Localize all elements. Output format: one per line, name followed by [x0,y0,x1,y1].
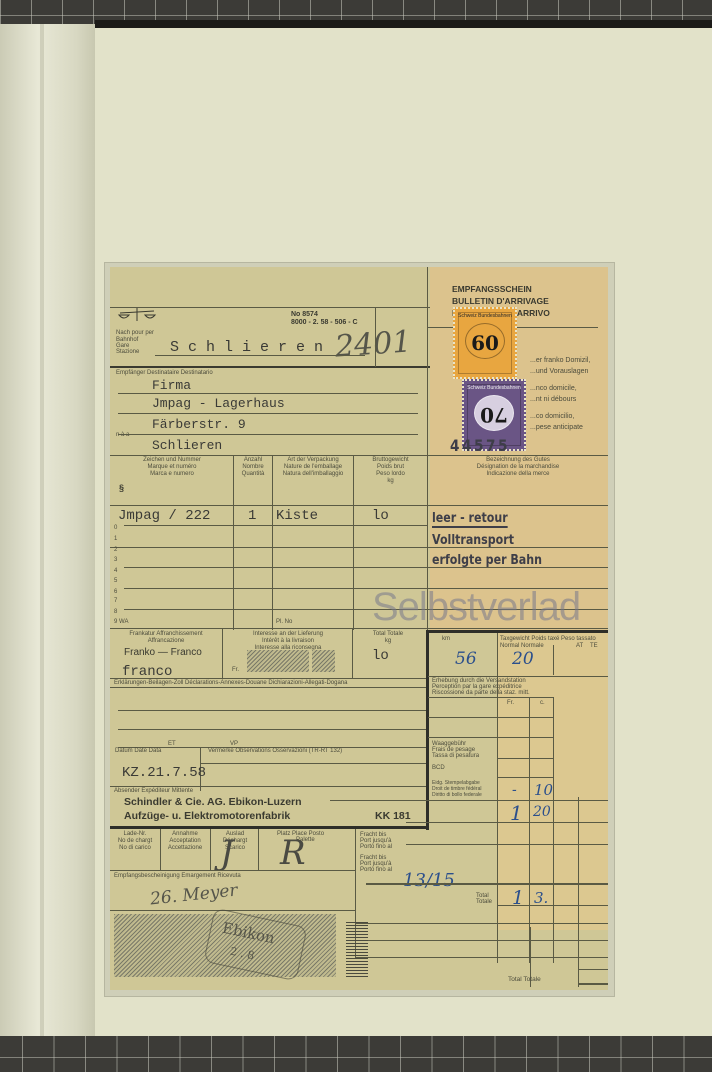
row-number: 1 [114,536,117,543]
album-sleeve-edge [0,0,95,1036]
fr-label: Fr. [507,700,514,707]
rule [355,923,608,924]
album-page-shadow [95,20,712,28]
rule [497,905,608,906]
rule [110,687,426,688]
recipient-line: Färberstr. 9 [152,417,246,432]
rule [118,434,418,435]
item-quantity: 1 [248,508,256,524]
column-header-packing: Art der VerpackungNature de l'emballageN… [272,457,354,478]
recipient-line: Firma [152,378,191,393]
stamp-duty-c: 10 [534,781,553,799]
interest-label: Interesse an der LieferungIntérêt à la l… [223,631,353,652]
selbstverlad-stamp: Selbstverlad [372,585,580,630]
rule [118,393,418,394]
collection-label: Riscossione da parte della staz. mitt. [432,690,530,697]
rule [428,737,553,738]
delivery-option: ...pese anticipate [530,423,583,432]
waybill-number: 44575 [450,436,510,455]
dispatch-date: KZ.21.7.58 [122,765,206,781]
row-number: 2 [114,547,117,554]
km-label: km [442,636,450,643]
load-no-label: Lade-Nr.No de chargtNo di carico [112,831,158,852]
date-label: Datum Date Data [115,748,161,755]
delivery-option: ...und Vorauslagen [530,367,588,376]
handwritten-reference: 13/15 [403,870,455,891]
section-mark: § [119,484,124,492]
rule [110,786,426,787]
rule [258,829,259,871]
tax-weight-te-label: TE [590,643,598,650]
item-marks: Jmpag / 222 [118,508,210,524]
sender-label: Absender Expéditeur Mittente [114,788,193,795]
rubber-stamp-line: erfolgte per Bahn [432,553,542,568]
destination-label: Nach pour per [116,330,154,337]
grand-total-label: Total Totale [508,976,541,983]
rule [428,717,553,718]
scale-icon [117,307,157,323]
rule [110,307,430,308]
item-weight: lo [372,508,389,524]
bcd-label: BCD [432,765,445,772]
weighing-label: Tassa di pesatura [432,753,479,760]
hatched-field [312,650,335,672]
rule [233,455,234,630]
row-number: 0 [114,525,117,532]
column-header-quantity: AnzahlNombreQuantità [234,457,272,478]
freight-c: 20 [533,804,551,820]
rule [200,763,426,764]
rule [427,267,428,630]
tax-weight-label: Taxgewicht Poids taxé Peso tassato [500,636,596,643]
rule [578,969,608,970]
stamp-duty-fr: - [512,782,517,798]
hatched-field [247,650,309,672]
album-grid-bottom [0,1036,712,1072]
form-code: 8000 - 2. 58 - 506 - C [291,319,358,326]
unloading-mark: J [220,833,234,873]
row-number: 9 WA [114,619,128,626]
rule [355,957,608,958]
stamp-duty-label: Diritto di bollo federale [432,792,482,799]
stamp-value: 60 [455,331,515,355]
column-header-weight: BruttogewichtPoids brutPeso lordokg [354,457,427,485]
sender-business: Aufzüge- u. Elektromotorenfabrik [124,810,290,822]
total-weight-value: lo [372,648,389,664]
pencil-note: 2401 [334,324,413,364]
rule [118,729,426,730]
rule [330,800,608,801]
rule [110,505,608,506]
rule [553,645,554,675]
rule [428,676,608,677]
receipt-label: Empfangsbescheinigung Emargement Ricevut… [114,873,241,880]
destination-station: S c h l i e r e n [170,339,323,356]
rule [375,307,376,367]
row-number: 3 [114,557,117,564]
rule [272,455,273,630]
tax-weight-value: 20 [512,649,534,669]
rule [428,697,553,698]
form-number: No 8574 [291,311,318,318]
barcode-marks [346,921,368,977]
rule [118,413,418,414]
currency-label: Fr. [232,667,239,674]
c-label: c. [540,700,545,707]
place-mark: R [280,833,306,873]
column-header-description: Bezeichnung des GutesDésignation de la m… [428,457,608,478]
rule [124,567,608,568]
railway-arrival-document: No 8574 8000 - 2. 58 - 506 - C Nach pour… [110,267,608,990]
delivery-option: ...co domicilio, [530,412,574,421]
sender-code: KK 181 [375,810,411,822]
row-number: 5 [114,578,117,585]
recipient-line: Jmpag - Lagerhaus [152,396,285,411]
rule [578,797,579,987]
freight-to-label: Porto fino al [360,844,392,851]
recipient-label: Empfänger Destinataire Destinatario [116,370,213,377]
rule [155,355,365,356]
franking-label: Frankatur AffranchissementAffrancazione [110,631,222,645]
rule [110,455,608,456]
franking-printed: Franko — Franco [124,647,202,658]
rule [124,525,428,526]
rule [497,758,553,759]
delivery-option: ...nt ni débours [530,395,576,404]
destination-label: Stazione [116,349,139,356]
item-packing: Kiste [276,508,318,524]
recipient-line: Schlieren [152,438,222,453]
sender-name: Schindler & Cie. AG. Ebikon-Luzern [124,796,302,808]
remarks-label: Vermerke Observations Osservazioni (TR-R… [208,748,342,755]
rule [366,883,608,885]
unloading-label: AusladDéchargtScarico [211,831,259,852]
row-number: 7 [114,598,117,605]
row-number: 6 [114,589,117,596]
delivery-option: ...er franko Domizil, [530,356,590,365]
rule [110,366,430,368]
row-number: 4 [114,568,117,575]
rule [110,826,429,829]
rule [353,455,354,630]
rule [428,630,608,633]
pl-no-label: Pl. No [276,619,292,626]
stamp-value: 70 [464,403,524,427]
tax-weight-at-label: AT [576,643,583,650]
total-label: Totale [476,899,492,906]
rule [110,678,428,679]
rubber-stamp-line: leer - retour [432,511,508,528]
declarations-label: Erklärungen-Beilagen-Zoll Déclarations-A… [114,680,347,687]
rule [118,710,426,711]
acceptance-label: AnnahmeAcceptationAccettazione [161,831,209,852]
row-number: 8 [114,609,117,616]
rule [110,870,355,871]
recipient-signature: 26. Meyer [149,880,238,909]
rule [110,547,608,548]
freight-to-label: Porto fino al [360,867,392,874]
km-value: 56 [455,649,477,669]
column-header-marks: Zeichen und NummerMarque et numéroMarca … [110,457,234,478]
rule [497,777,553,778]
rule [355,940,608,941]
rule [578,983,608,985]
rubber-stamp-line: Volltransport [432,533,514,548]
title-de: EMPFANGSSCHEIN [452,284,532,294]
total-weight-label: Total Totalekg [353,631,423,645]
postage-stamp-60: Schweiz Bundesbahnen 60 [453,307,517,379]
title-fr: BULLETIN D'ARRIVAGE [452,296,549,306]
delivery-option: ...nco domicile, [530,384,577,393]
